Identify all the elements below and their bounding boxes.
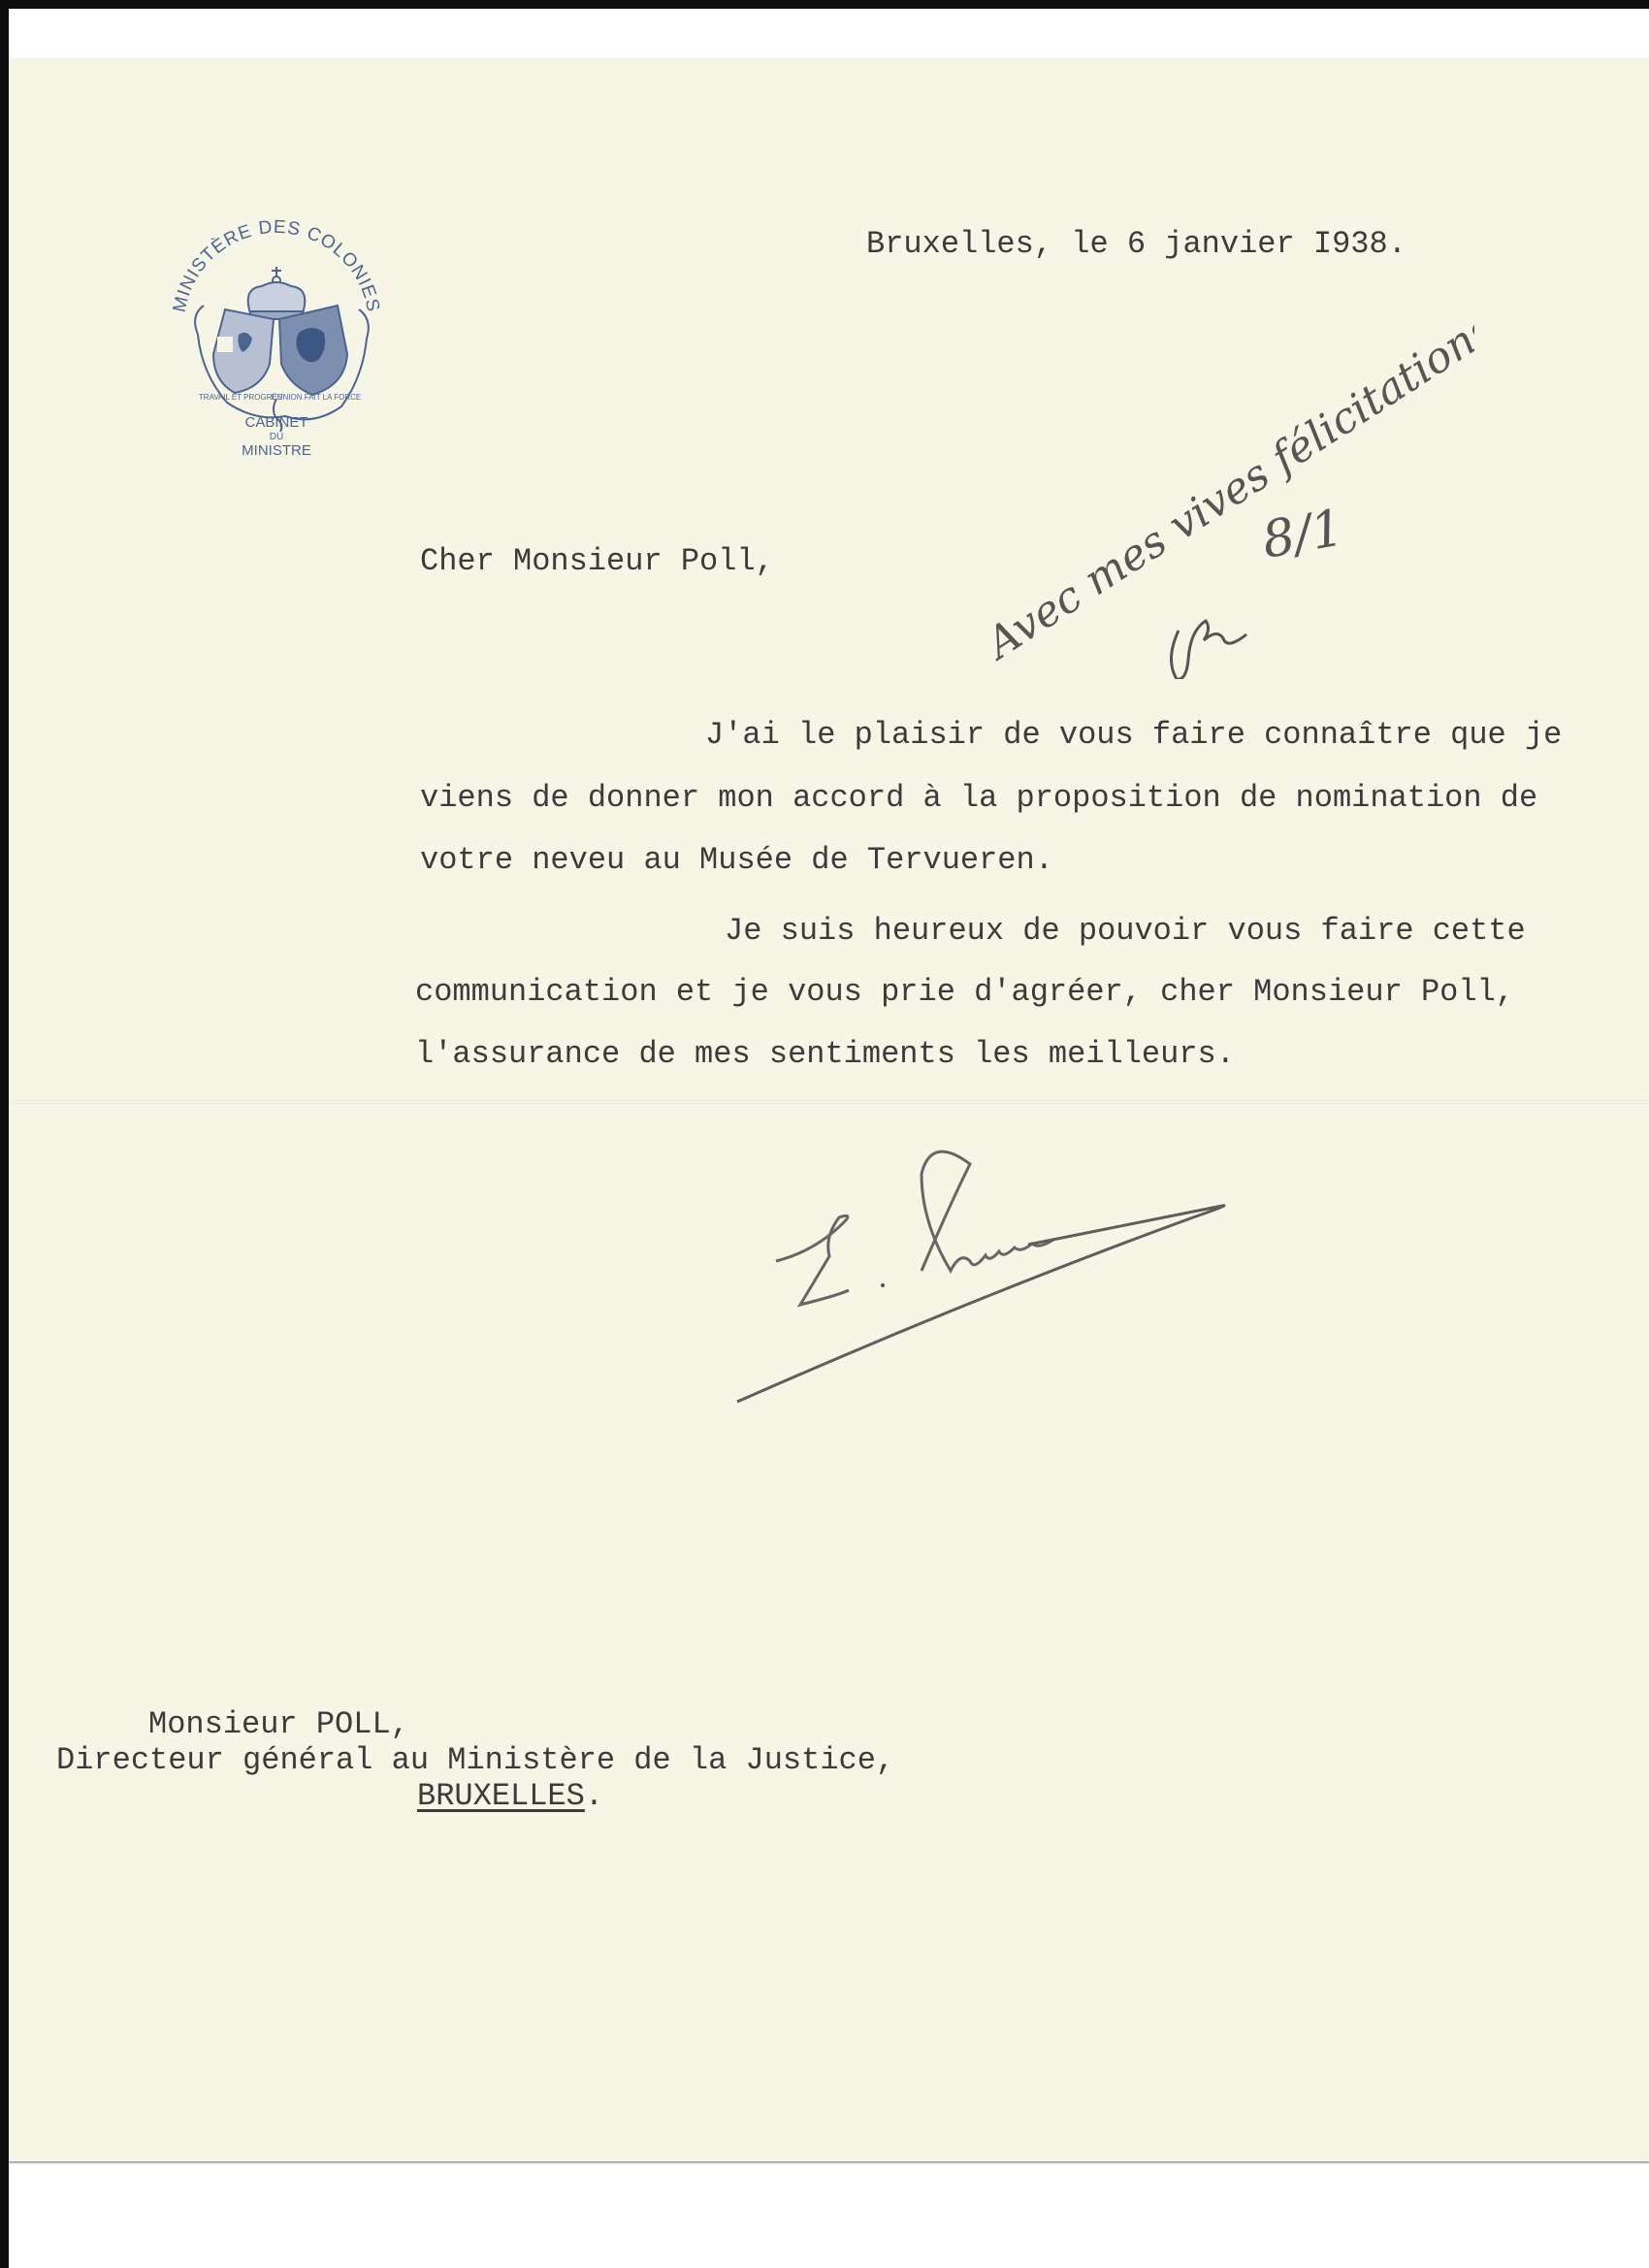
handwritten-initials-icon [1171, 621, 1246, 679]
body-line-6: l'assurance de mes sentiments les meille… [415, 1039, 1235, 1070]
handwritten-annotation: Avec mes vives félicitations 8/1 [970, 310, 1474, 679]
letterhead-ministre: MINISTRE [242, 442, 311, 459]
addressee-city: BRUXELLES [417, 1778, 585, 1814]
handwritten-date: 8/1 [1258, 499, 1348, 570]
body-line-4: Je suis heureux de pouvoir vous faire ce… [725, 916, 1526, 947]
scan-border-top [0, 0, 1649, 9]
ministry-crest-icon: MINISTÈRE DES COLONIES TRAVAIL ET PROGRÈ… [165, 209, 388, 461]
signature: E. Rubbens [718, 1125, 1416, 1426]
scan-border-left [0, 0, 9, 2268]
addressee-title: Directeur général au Ministère de la Jus… [56, 1745, 894, 1776]
signature-rubbens-icon [921, 1151, 1053, 1271]
addressee-city-line: BRUXELLES. [417, 1781, 603, 1812]
date-line: Bruxelles, le 6 janvier I938. [866, 229, 1406, 260]
body-line-5: communication et je vous prie d'agréer, … [415, 977, 1514, 1008]
body-line-3: votre neveu au Musée de Tervueren. [420, 845, 1053, 876]
paper-fold-line [9, 1100, 1649, 1104]
body-line-1: J'ai le plaisir de vous faire connaître … [705, 720, 1562, 751]
motto-right: L'UNION FAIT LA FORCE [272, 393, 362, 402]
handwritten-congratulations: Avec mes vives félicitations [975, 310, 1474, 670]
signature-e-icon [776, 1215, 849, 1305]
body-line-2: viens de donner mon accord à la proposit… [420, 783, 1537, 814]
motto-left: TRAVAIL ET PROGRÈS [199, 393, 282, 402]
addressee-city-suffix: . [585, 1778, 603, 1814]
salutation: Cher Monsieur Poll, [420, 546, 774, 577]
letterhead-du: DU [270, 432, 283, 442]
letterhead-cabinet: CABINET [244, 414, 307, 431]
addressee-name: Monsieur POLL, [148, 1709, 409, 1740]
